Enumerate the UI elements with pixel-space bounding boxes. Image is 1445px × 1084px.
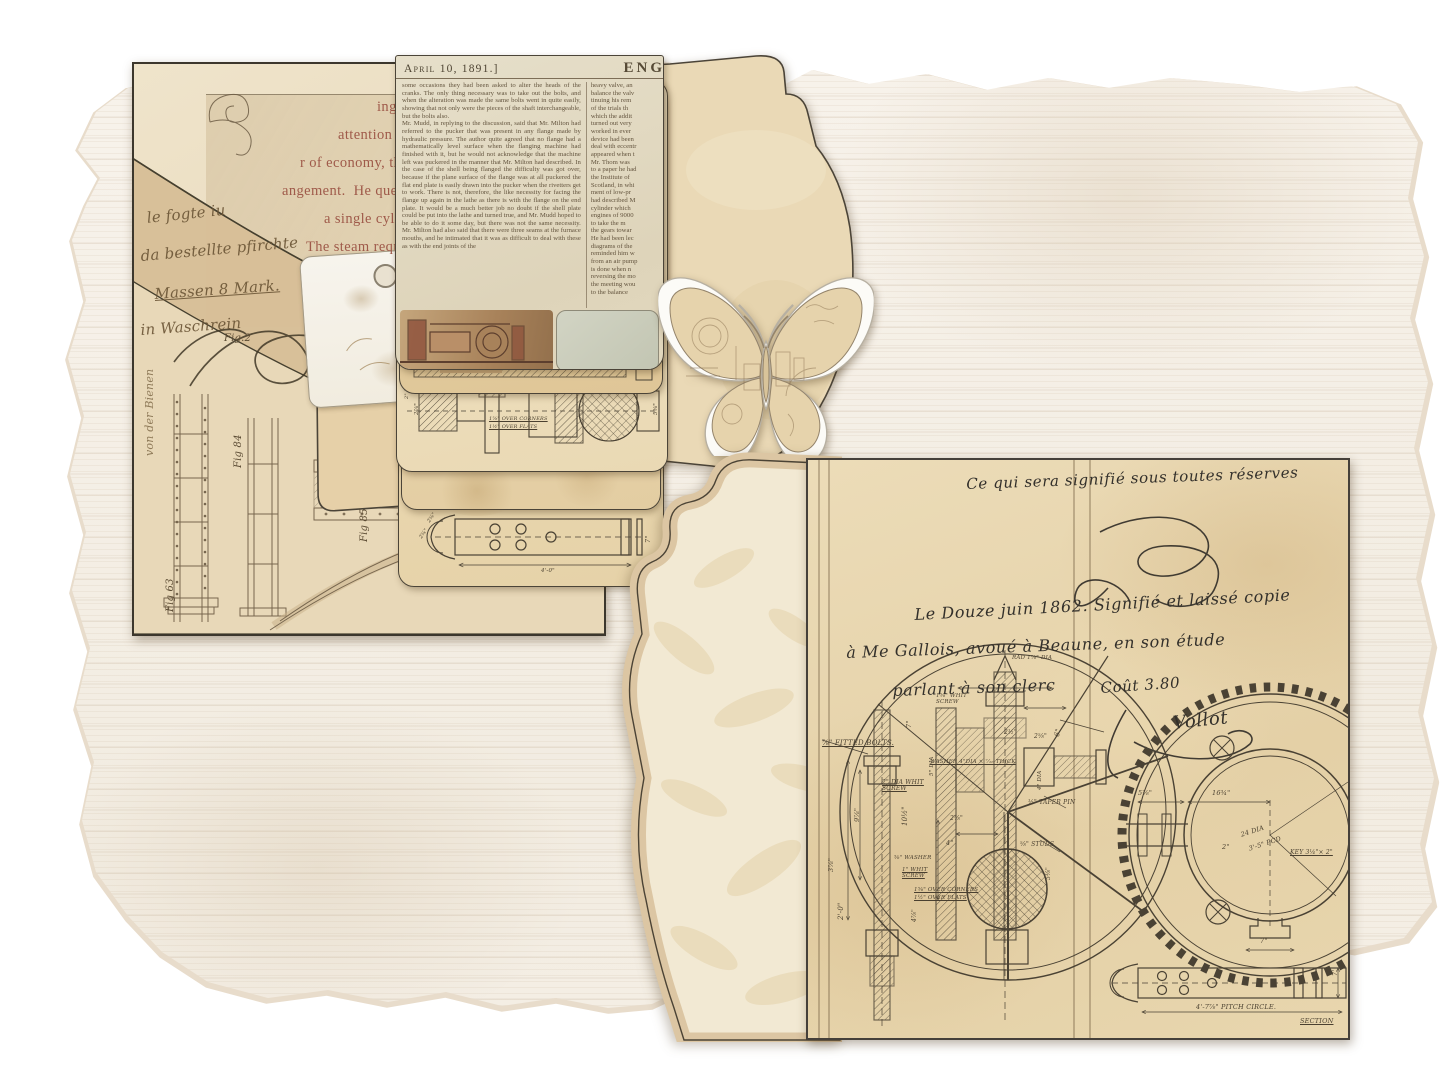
newspaper-figure-strip xyxy=(396,308,663,370)
label: 1⅝" OVER CORNERS xyxy=(489,417,548,422)
newspaper-date: April 10, 1891.] xyxy=(404,63,499,75)
collage-canvas: ing. He thougattention to thisr of econo… xyxy=(0,0,1445,1084)
label: ⅝" WASHER xyxy=(894,856,931,862)
label: ⅝" STUDS xyxy=(1020,842,1054,848)
label: 5⅞" xyxy=(1138,790,1152,797)
blueprint-dimension-labels: ⅞" FITTED BOLTS.WASHER 4"DIA × ⁷⁄₁₆ THIC… xyxy=(808,460,1348,1038)
label: SECTION xyxy=(1300,1018,1334,1025)
label: 1½" OVER FLATS xyxy=(489,425,537,430)
label: RAD 1⅞" DIA xyxy=(1012,656,1052,662)
label: WASHER 4"DIA × ⁷⁄₁₆ THICK xyxy=(930,760,1016,766)
butterfly-die-cut-sticker xyxy=(658,274,874,456)
newspaper-columns: some occasions they had been asked to al… xyxy=(396,79,663,308)
label: 2" DIA WHIT SCREW xyxy=(882,780,924,793)
label: 7' xyxy=(1332,970,1339,976)
label: Fig 85 xyxy=(360,508,371,542)
label: ⅞" FITTED BOLTS. xyxy=(822,740,894,748)
label: 2⅝" xyxy=(427,512,438,524)
label: 4" xyxy=(946,840,954,847)
label: 6" xyxy=(1054,728,1063,737)
label: 1" WHIT SCREW xyxy=(902,868,927,880)
label: 4⅞" xyxy=(912,909,918,922)
label: 7" xyxy=(906,720,913,728)
newspaper-column-1: some occasions they had been asked to al… xyxy=(402,82,581,308)
label: 4" DIA xyxy=(1038,770,1044,790)
label: Fig 84 xyxy=(234,434,245,468)
label: Fig 63 xyxy=(166,578,177,612)
label: 3⅞" xyxy=(828,858,835,872)
label: 2'-0" xyxy=(838,903,846,920)
leafy-scalloped-panel xyxy=(574,448,842,1042)
newspaper-masthead: ENG xyxy=(623,60,664,77)
label: 4'-0" xyxy=(541,569,555,575)
label: 5" DIA xyxy=(930,756,936,776)
label: 10½" xyxy=(902,806,910,826)
label: 5⅜" xyxy=(1046,867,1052,880)
label: 2½" xyxy=(1004,730,1017,736)
label: 24 DIA xyxy=(1240,825,1265,839)
label: Fig.2 xyxy=(224,334,251,345)
steam-engine-engraving xyxy=(400,310,553,370)
label: KEY 3¼"× 2" xyxy=(1290,850,1333,856)
label: 1⅝" OVER CORNERS xyxy=(914,888,978,894)
label: 7" xyxy=(1260,938,1268,945)
butterfly-icon xyxy=(658,274,874,456)
label: 3'-5" PCD xyxy=(1248,836,1282,853)
label: 9⅞" xyxy=(854,808,861,822)
label: 2" xyxy=(1222,844,1230,851)
newspaper-clipping: April 10, 1891.] ENG some occasions they… xyxy=(395,55,664,370)
label: 4'-7⅞" PITCH CIRCLE. xyxy=(1196,1004,1276,1011)
label: 2¾" xyxy=(419,528,430,540)
label: ½" TAPER PIN xyxy=(1028,800,1075,806)
blueprint-ledger-page: Ce qui sera signifié sous toutes réserve… xyxy=(806,458,1350,1040)
label: 2⅞" xyxy=(415,403,421,415)
label: 2⅝" xyxy=(1034,734,1047,740)
label: 16¾" xyxy=(1212,790,1230,797)
newspaper-column-2: heavy valve, an balance the valv tinuing… xyxy=(586,82,659,308)
newspaper-header: April 10, 1891.] ENG xyxy=(396,56,663,79)
label: 1⅝" WHIT SCREW xyxy=(936,694,967,706)
label: 1½" OVER FLATS xyxy=(914,896,967,902)
label: 2⅞" xyxy=(950,816,963,822)
grey-card-fragment xyxy=(556,310,659,370)
